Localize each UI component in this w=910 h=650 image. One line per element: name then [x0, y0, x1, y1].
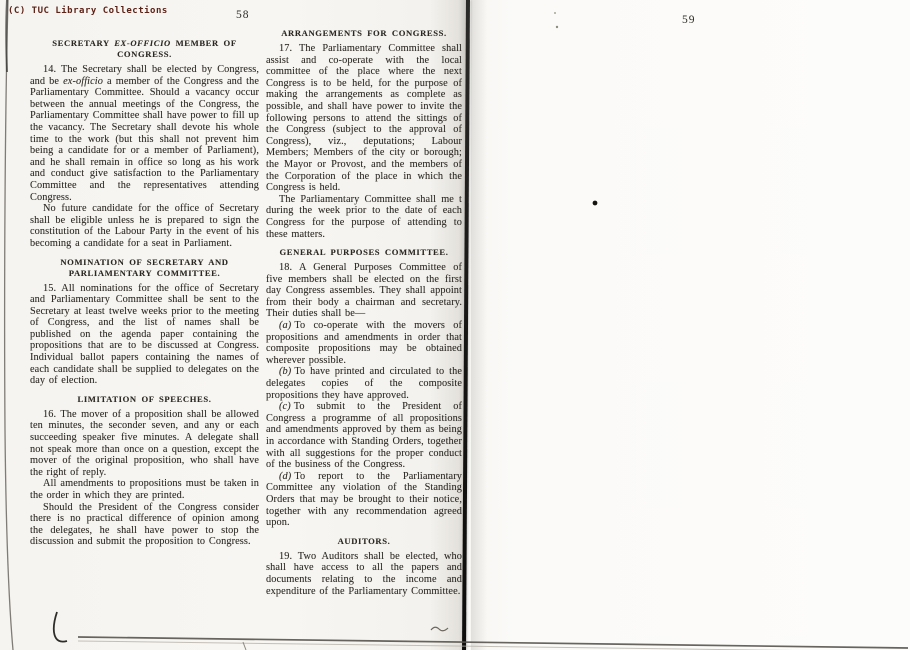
- gutter-shadow-right: [471, 0, 487, 650]
- section-heading-general-purposes: GENERAL PURPOSES COMMITTEE.: [266, 247, 462, 258]
- scanned-book-spread: (C) TUC Library Collections 58 59 SECRET…: [0, 0, 910, 650]
- amendments-order-paragraph: All amendments to propositions must be t…: [30, 478, 259, 501]
- duty-item-d: (d)To report to the Parliamentary Commit…: [266, 471, 462, 529]
- clause-15-paragraph: 15. All nominations for the office of Se…: [30, 283, 259, 387]
- duty-item-b: (b)To have printed and circulated to the…: [266, 366, 462, 401]
- clause-19-paragraph: 19. Two Auditors shall be elected, who s…: [266, 551, 462, 597]
- heading-italic-text: EX-OFFICIO: [114, 38, 171, 48]
- page-number-59: 59: [682, 14, 696, 26]
- paragraph-text: a member of the Congress and the Parliam…: [30, 76, 259, 203]
- clause-16-paragraph: 16. The mover of a proposition shall be …: [30, 409, 259, 479]
- clause-17-paragraph: 17. The Parliamentary Committee shall as…: [266, 43, 462, 194]
- president-discretion-paragraph: Should the President of the Congress con…: [30, 502, 259, 548]
- page58-right-column: ARRANGEMENTS FOR CONGRESS. 17. The Parli…: [266, 28, 462, 597]
- item-text: To submit to the President of Congress a…: [266, 401, 462, 470]
- section-heading-nomination: NOMINATION OF SECRETARY AND PARLIAMENTAR…: [30, 257, 259, 279]
- clause-17-continuation-paragraph: The Parliamentary Committee shall me t d…: [266, 194, 462, 240]
- item-label: (c): [279, 401, 291, 412]
- page-59: [470, 0, 910, 650]
- duty-item-c: (c)To submit to the President of Congres…: [266, 401, 462, 471]
- item-text: To have printed and circulated to the de…: [266, 366, 462, 400]
- item-label: (b): [279, 366, 291, 377]
- duty-item-a: (a)To co-operate with the movers of prop…: [266, 320, 462, 366]
- item-label: (d): [279, 471, 291, 482]
- clause-18-paragraph: 18. A General Purposes Committee of five…: [266, 262, 462, 320]
- heading-text: SECRETARY: [52, 38, 114, 48]
- section-heading-secretary-ex-officio: SECRETARY EX-OFFICIO MEMBER OF CONGRESS.: [30, 38, 259, 60]
- item-text: To co-operate with the movers of proposi…: [266, 320, 462, 366]
- section-heading-limitation-of-speeches: LIMITATION OF SPEECHES.: [30, 394, 259, 405]
- clause-14-paragraph: 14. The Secretary shall be elected by Co…: [30, 64, 259, 203]
- section-heading-auditors: AUDITORS.: [266, 536, 462, 547]
- library-watermark: (C) TUC Library Collections: [8, 6, 168, 16]
- page-number-58: 58: [236, 9, 250, 21]
- item-label: (a): [279, 320, 291, 331]
- item-text: To report to the Parliamentary Committee…: [266, 471, 462, 528]
- page58-left-column: SECRETARY EX-OFFICIO MEMBER OF CONGRESS.…: [30, 38, 259, 548]
- clause-14-continuation-paragraph: No future candidate for the office of Se…: [30, 203, 259, 249]
- italic-term: ex-officio: [63, 76, 103, 87]
- section-heading-arrangements: ARRANGEMENTS FOR CONGRESS.: [266, 28, 462, 39]
